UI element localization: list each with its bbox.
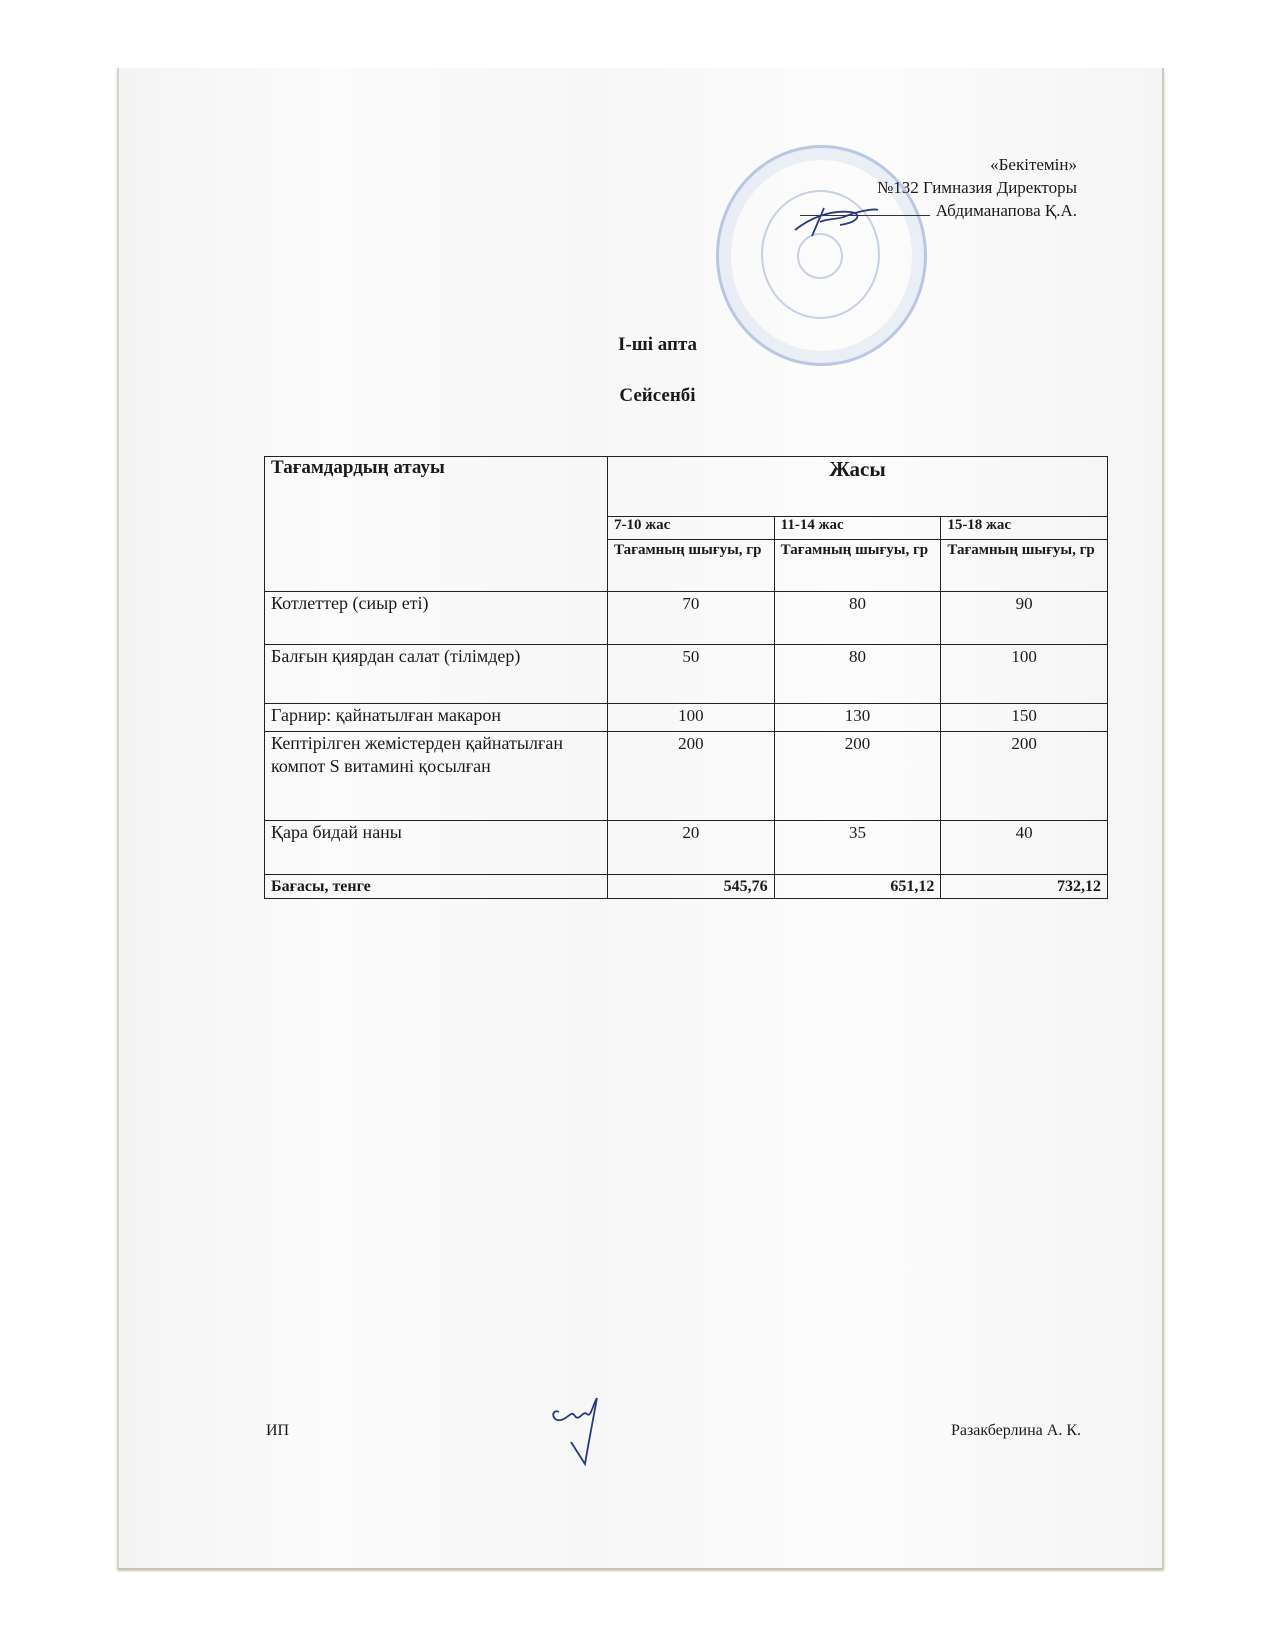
price-value: 732,12 — [941, 875, 1108, 899]
footer-signatory: Разакберлина А. К. — [951, 1422, 1081, 1440]
dish-name: Қара бидай наны — [265, 821, 608, 875]
approval-title: «Бекітемін» — [800, 153, 1077, 176]
portion-value: 200 — [774, 732, 941, 821]
portion-value: 130 — [774, 704, 941, 732]
dish-name: Кептірілген жемістерден қайнатылған комп… — [265, 732, 608, 821]
portion-value: 80 — [774, 592, 941, 645]
week-title: І-ші апта — [20, 334, 1275, 356]
age-group-header: 15-18 жас — [941, 517, 1108, 540]
portion-value: 50 — [608, 645, 775, 704]
age-group-header: 7-10 жас — [608, 517, 775, 540]
portion-value: 100 — [608, 704, 775, 732]
supplier-signature-icon — [545, 1390, 605, 1470]
approval-position: №132 Гимназия Директоры — [800, 176, 1077, 199]
age-group-header: 11-14 жас — [774, 517, 941, 540]
price-value: 545,76 — [608, 875, 775, 899]
day-title: Сейсенбі — [20, 385, 1275, 407]
approval-name: Абдиманапова Қ.А. — [936, 201, 1077, 220]
menu-table: Тағамдардың атауы Жасы 7-10 жас 11-14 жа… — [264, 456, 1108, 899]
dish-name: Балғын қиярдан салат (тілімдер) — [265, 645, 608, 704]
price-value: 651,12 — [774, 875, 941, 899]
table-row: Гарнир: қайнатылған макарон 100 130 150 — [265, 704, 1108, 732]
dish-name-header: Тағамдардың атауы — [265, 457, 608, 592]
portion-value: 70 — [608, 592, 775, 645]
portion-value: 150 — [941, 704, 1108, 732]
table-row: Қара бидай наны 20 35 40 — [265, 821, 1108, 875]
portion-value: 90 — [941, 592, 1108, 645]
yield-header: Тағамның шығуы, гр — [774, 539, 941, 591]
portion-value: 200 — [941, 732, 1108, 821]
dish-name: Котлеттер (сиыр еті) — [265, 592, 608, 645]
portion-value: 35 — [774, 821, 941, 875]
portion-value: 100 — [941, 645, 1108, 704]
table-row: Балғын қиярдан салат (тілімдер) 50 80 10… — [265, 645, 1108, 704]
table-row: Котлеттер (сиыр еті) 70 80 90 — [265, 592, 1108, 645]
portion-value: 80 — [774, 645, 941, 704]
yield-header: Тағамның шығуы, гр — [608, 539, 775, 591]
yield-header: Тағамның шығуы, гр — [941, 539, 1108, 591]
table-row: Кептірілген жемістерден қайнатылған комп… — [265, 732, 1108, 821]
dish-name: Гарнир: қайнатылған макарон — [265, 704, 608, 732]
director-signature-icon — [790, 200, 880, 240]
portion-value: 200 — [608, 732, 775, 821]
portion-value: 40 — [941, 821, 1108, 875]
portion-value: 20 — [608, 821, 775, 875]
footer-entity: ИП — [266, 1422, 289, 1440]
price-label: Бағасы, тенге — [265, 875, 608, 899]
age-header: Жасы — [608, 457, 1108, 517]
price-row: Бағасы, тенге 545,76 651,12 732,12 — [265, 875, 1108, 899]
